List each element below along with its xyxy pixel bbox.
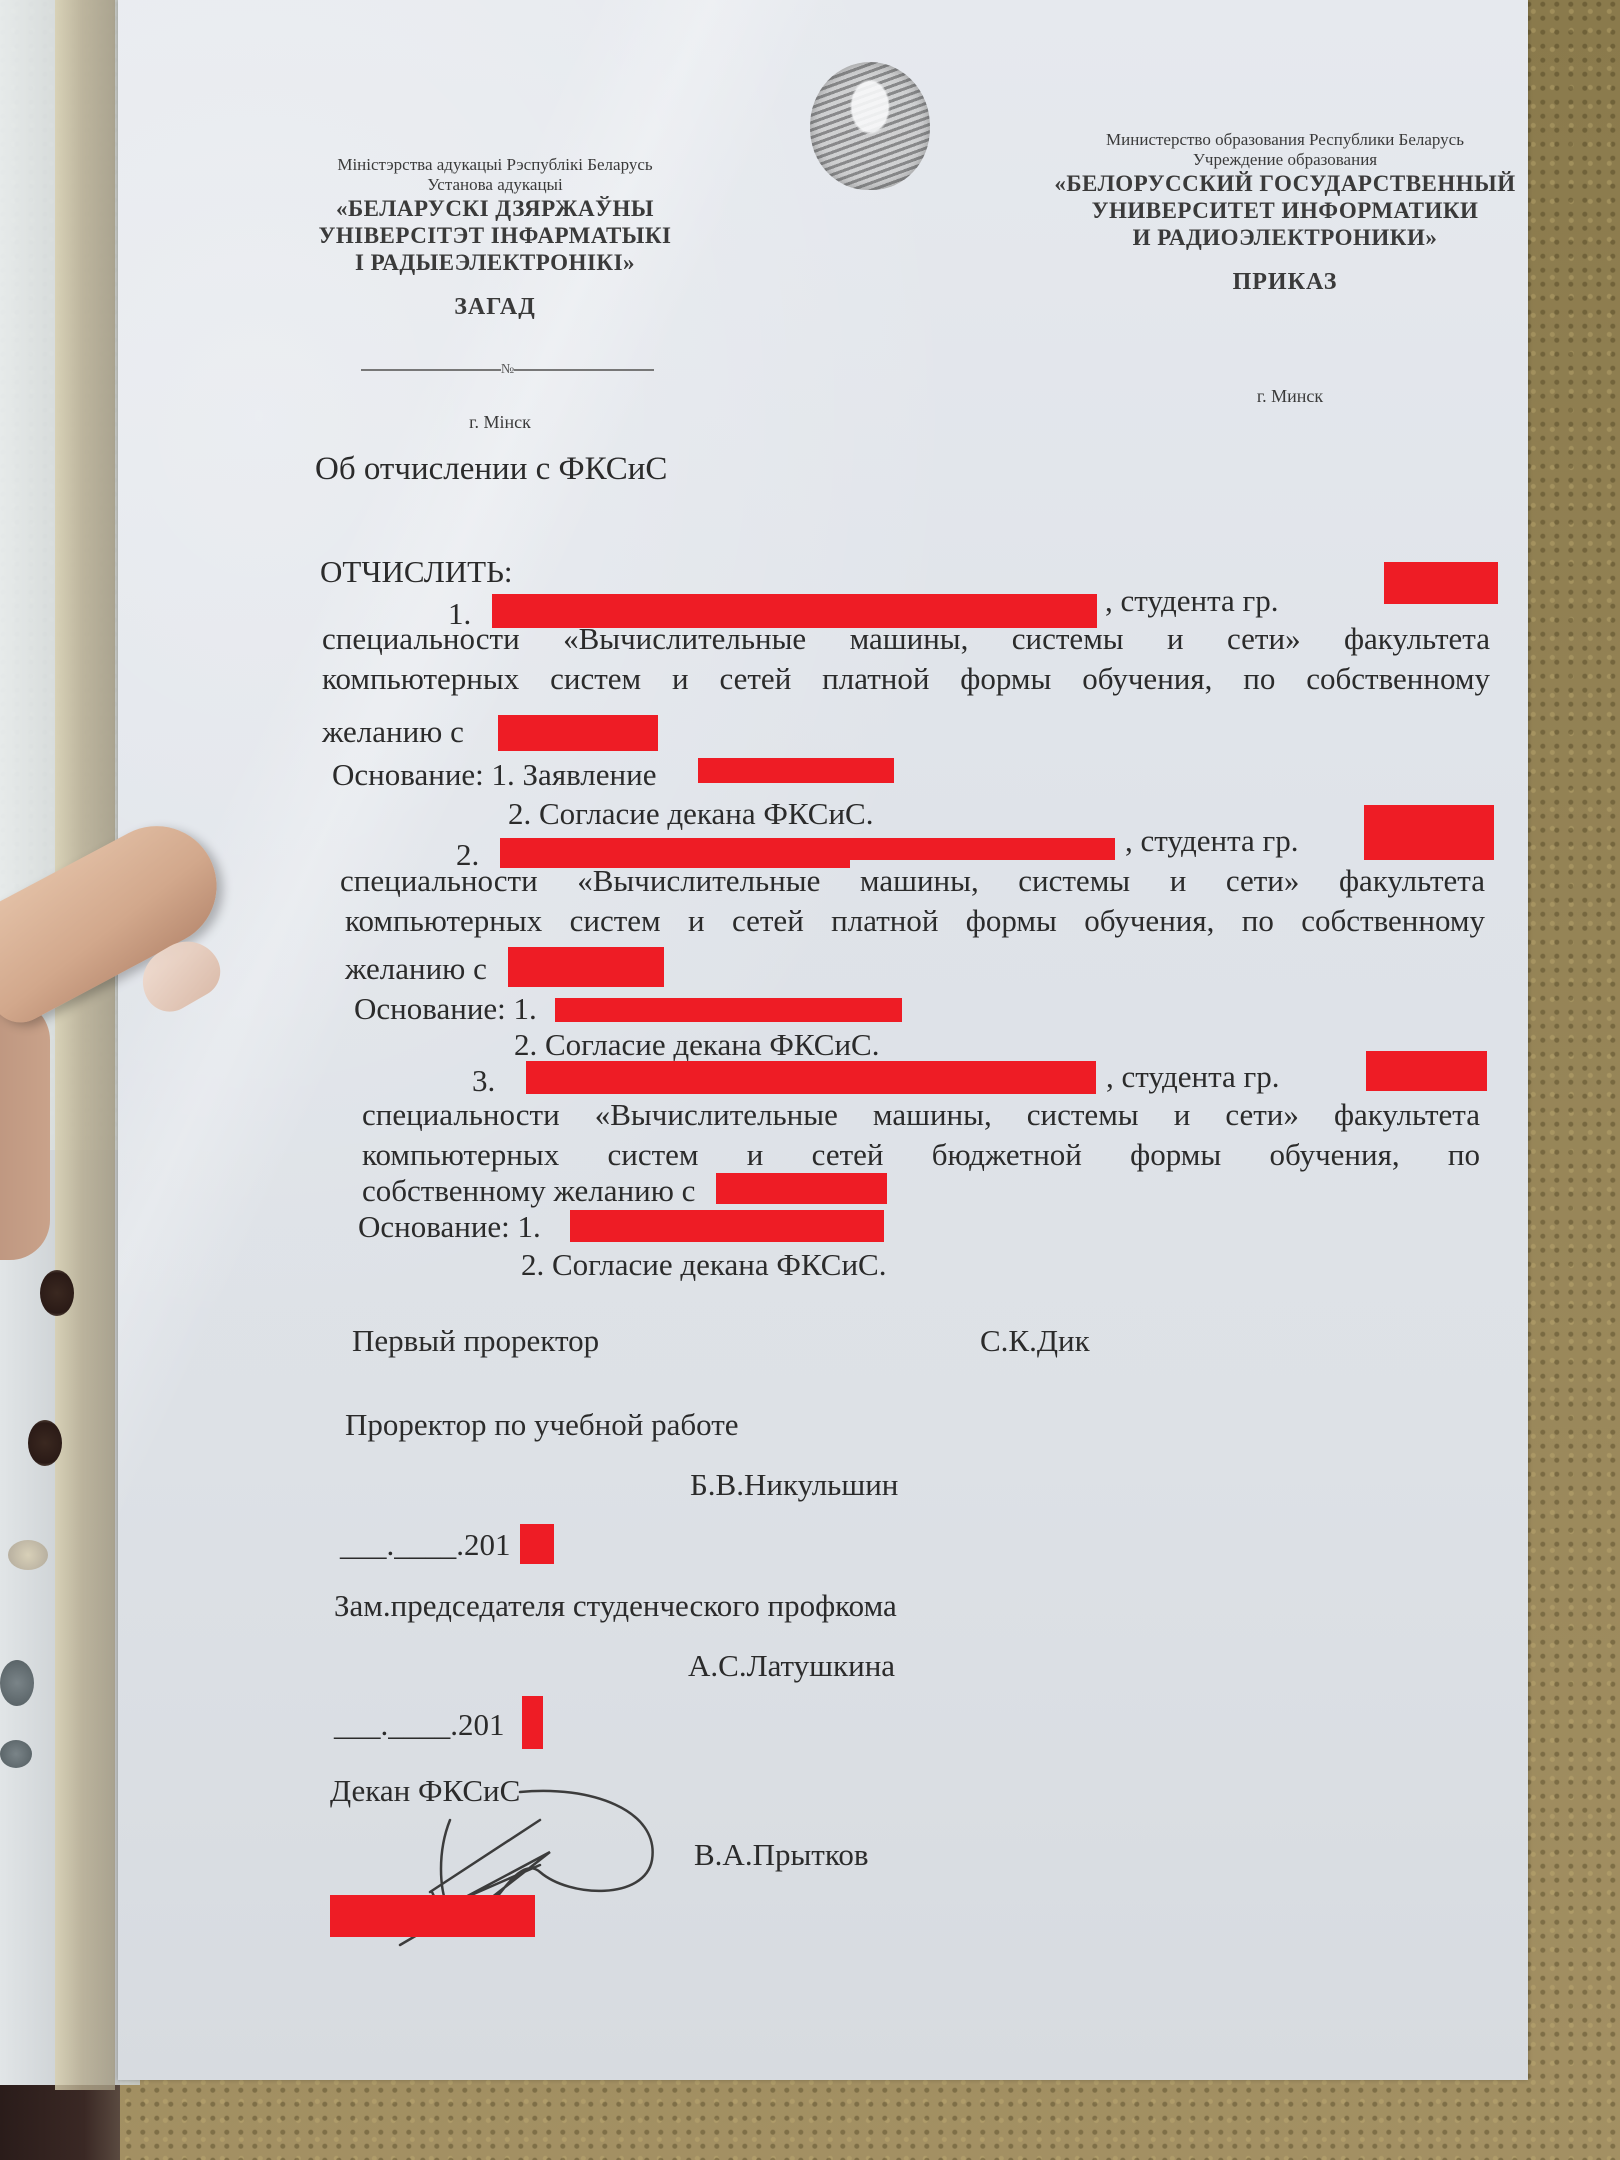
hand xyxy=(0,1000,50,1260)
union-title: Зам.председателя студенческого профкома xyxy=(334,1587,897,1625)
redacted-group xyxy=(1384,562,1498,604)
redacted-year xyxy=(520,1524,554,1564)
redacted-date xyxy=(716,1173,887,1204)
item-2-line4: желанию с xyxy=(345,950,487,988)
punch-hole xyxy=(0,1660,34,1706)
order-action: ОТЧИСЛИТЬ: xyxy=(320,553,513,591)
punch-hole xyxy=(28,1420,62,1466)
item-3-basis1: Основание: 1. xyxy=(358,1208,541,1246)
ministry-ru: Министерство образования Республики Бела… xyxy=(1020,130,1550,150)
approval-date-2: ___.____.201 xyxy=(334,1706,505,1744)
number-sign: № xyxy=(501,362,514,377)
order-number-line: № xyxy=(355,362,660,378)
item-2-basis1: Основание: 1. xyxy=(354,990,537,1028)
item-3-line4: собственному желанию с xyxy=(362,1172,695,1210)
item-1-basis1: Основание: 1. Заявление xyxy=(332,756,656,794)
university-name-ru-3: И РАДИОЭЛЕКТРОНИКИ» xyxy=(1020,224,1550,251)
redacted-date xyxy=(498,715,658,751)
header-belarusian: Міністэрства адукацыі Рэспублікі Беларус… xyxy=(280,155,710,321)
approval-date-1: ___.____.201 xyxy=(340,1526,511,1564)
institution-type-ru: Учреждение образования xyxy=(1020,150,1550,170)
institution-type-be: Установа адукацыі xyxy=(280,175,710,195)
item-1-line4: желанию с xyxy=(322,713,464,751)
item-1-basis2: 2. Согласие декана ФКСиС. xyxy=(508,795,873,833)
punch-hole xyxy=(0,1740,32,1768)
item-3-number: 3. xyxy=(472,1062,495,1100)
item-3-line3: компьютерных систем и сетей бюджетной фо… xyxy=(362,1136,1480,1174)
redacted-basis xyxy=(698,758,894,783)
dean-name: В.А.Прытков xyxy=(694,1836,868,1874)
item-2-line3: компьютерных систем и сетей платной форм… xyxy=(345,902,1485,940)
university-name-ru-2: УНИВЕРСИТЕТ ИНФОРМАТИКИ xyxy=(1020,197,1550,224)
university-name-ru-1: «БЕЛОРУССКИЙ ГОСУДАРСТВЕННЫЙ xyxy=(1020,170,1550,197)
union-name: А.С.Латушкина xyxy=(688,1647,895,1685)
redacted-signature-date xyxy=(330,1895,535,1937)
item-1-line2: специальности «Вычислительные машины, си… xyxy=(322,620,1490,658)
university-name-be-2: УНІВЕРСІТЭТ ІНФАРМАТЫКІ xyxy=(280,222,710,249)
item-1-line3: компьютерных систем и сетей платной форм… xyxy=(322,660,1490,698)
coat-of-arms-icon xyxy=(810,62,930,190)
doc-title-be: ЗАГАД xyxy=(280,294,710,321)
first-prorector-name: С.К.Дик xyxy=(980,1322,1090,1360)
city-be: г. Мінск xyxy=(420,412,580,433)
header-russian: Министерство образования Республики Бела… xyxy=(1020,130,1550,296)
item-3-student-label: , студента гр. xyxy=(1106,1058,1366,1096)
item-2-student-label: , студента гр. xyxy=(1125,822,1365,860)
prorector-edu-name: Б.В.Никульшин xyxy=(690,1466,898,1504)
item-1-student-label: , студента гр. xyxy=(1105,582,1370,620)
redacted-student-name xyxy=(500,838,1115,860)
first-prorector-title: Первый проректор xyxy=(352,1322,599,1360)
redacted-basis xyxy=(555,998,902,1022)
prorector-edu-title: Проректор по учебной работе xyxy=(345,1406,739,1444)
redacted-basis xyxy=(570,1210,884,1242)
redacted-student-name xyxy=(526,1061,1096,1094)
item-2-basis2: 2. Согласие декана ФКСиС. xyxy=(514,1026,879,1064)
city-ru: г. Минск xyxy=(1210,386,1370,407)
punch-hole xyxy=(8,1540,48,1570)
redacted-group xyxy=(1364,805,1494,860)
punch-hole xyxy=(40,1270,74,1316)
ministry-be: Міністэрства адукацыі Рэспублікі Беларус… xyxy=(280,155,710,175)
doc-title-ru: ПРИКАЗ xyxy=(1020,269,1550,296)
item-3-line2: специальности «Вычислительные машины, си… xyxy=(362,1096,1480,1134)
item-3-basis2: 2. Согласие декана ФКСиС. xyxy=(521,1246,886,1284)
redacted-date xyxy=(508,947,664,987)
redacted-group xyxy=(1366,1051,1487,1091)
university-name-be-3: І РАДЫЕЭЛЕКТРОНІКІ» xyxy=(280,249,710,276)
university-name-be-1: «БЕЛАРУСКІ ДЗЯРЖАЎНЫ xyxy=(280,195,710,222)
order-subject: Об отчислении с ФКСиС xyxy=(315,450,667,488)
item-2-line2: специальности «Вычислительные машины, си… xyxy=(340,862,1485,900)
redacted-year xyxy=(522,1696,543,1749)
